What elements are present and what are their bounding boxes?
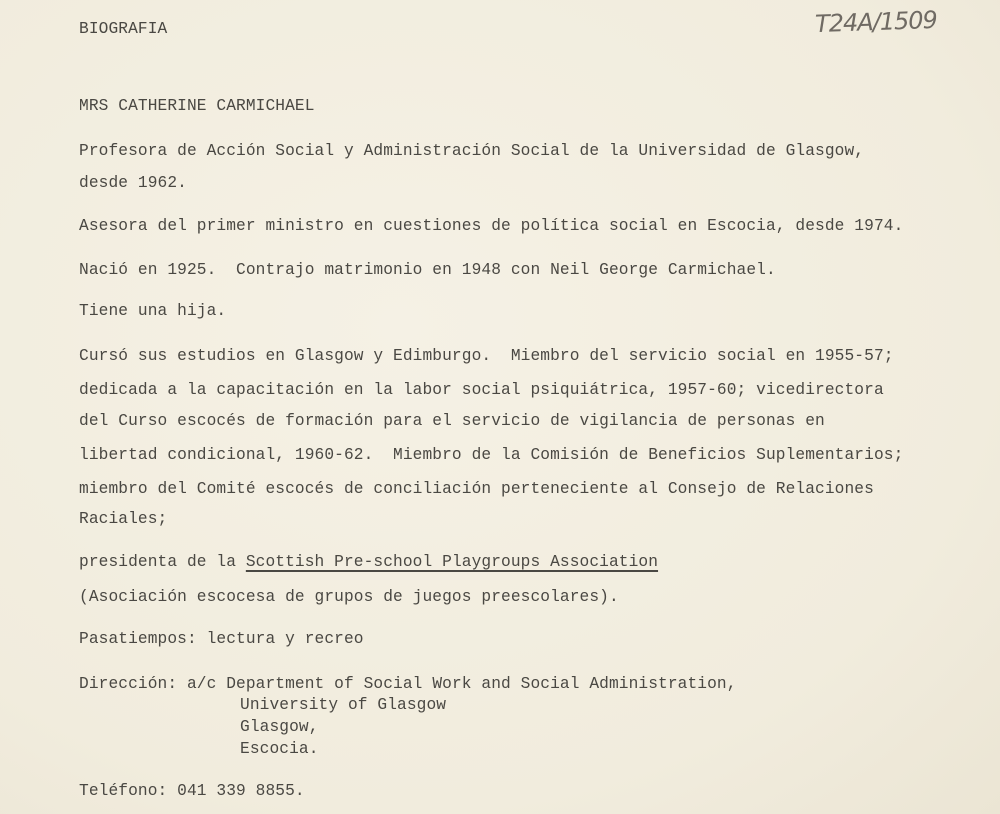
hija-line: Tiene una hija. [79, 302, 226, 320]
pasatiempos-line: Pasatiempos: lectura y recreo [79, 630, 364, 648]
phone-line: Teléfono: 041 339 8855. [79, 782, 305, 800]
curso-line: Cursó sus estudios en Glasgow y Edimburg… [79, 347, 894, 365]
address-line-2: University of Glasgow [240, 696, 446, 714]
profesora-line-1: Profesora de Acción Social y Administrac… [79, 142, 864, 160]
document-title: BIOGRAFIA [79, 20, 167, 38]
handwritten-reference: T24A/1509 [815, 6, 938, 38]
presidenta-line: presidenta de la Scottish Pre-school Pla… [79, 553, 658, 571]
organization-name: Scottish Pre-school Playgroups Associati… [246, 553, 658, 571]
profesora-line-2: desde 1962. [79, 174, 187, 192]
address-department: Department of Social Work and Social Adm… [226, 675, 736, 693]
asesora-line: Asesora del primer ministro en cuestione… [79, 217, 903, 235]
document-page: BIOGRAFIA T24A/1509 MRS CATHERINE CARMIC… [0, 0, 1000, 814]
curso-line: del Curso escocés de formación para el s… [79, 412, 825, 430]
curso-line: libertad condicional, 1960-62. Miembro d… [79, 446, 903, 464]
presidenta-prefix: presidenta de la [79, 553, 246, 571]
curso-line: Raciales; [79, 510, 167, 528]
curso-line: miembro del Comité escocés de conciliaci… [79, 480, 874, 498]
address-line-3: Glasgow, [240, 718, 319, 736]
address-line-4: Escocia. [240, 740, 319, 758]
address-line-1: Dirección: a/c Department of Social Work… [79, 675, 737, 693]
person-name: MRS CATHERINE CARMICHAEL [79, 97, 315, 115]
curso-line: dedicada a la capacitación en la labor s… [79, 381, 884, 399]
presidenta-translation: (Asociación escocesa de grupos de juegos… [79, 588, 619, 606]
address-label: Dirección: a/c [79, 675, 226, 693]
nacio-line: Nació en 1925. Contrajo matrimonio en 19… [79, 261, 776, 279]
